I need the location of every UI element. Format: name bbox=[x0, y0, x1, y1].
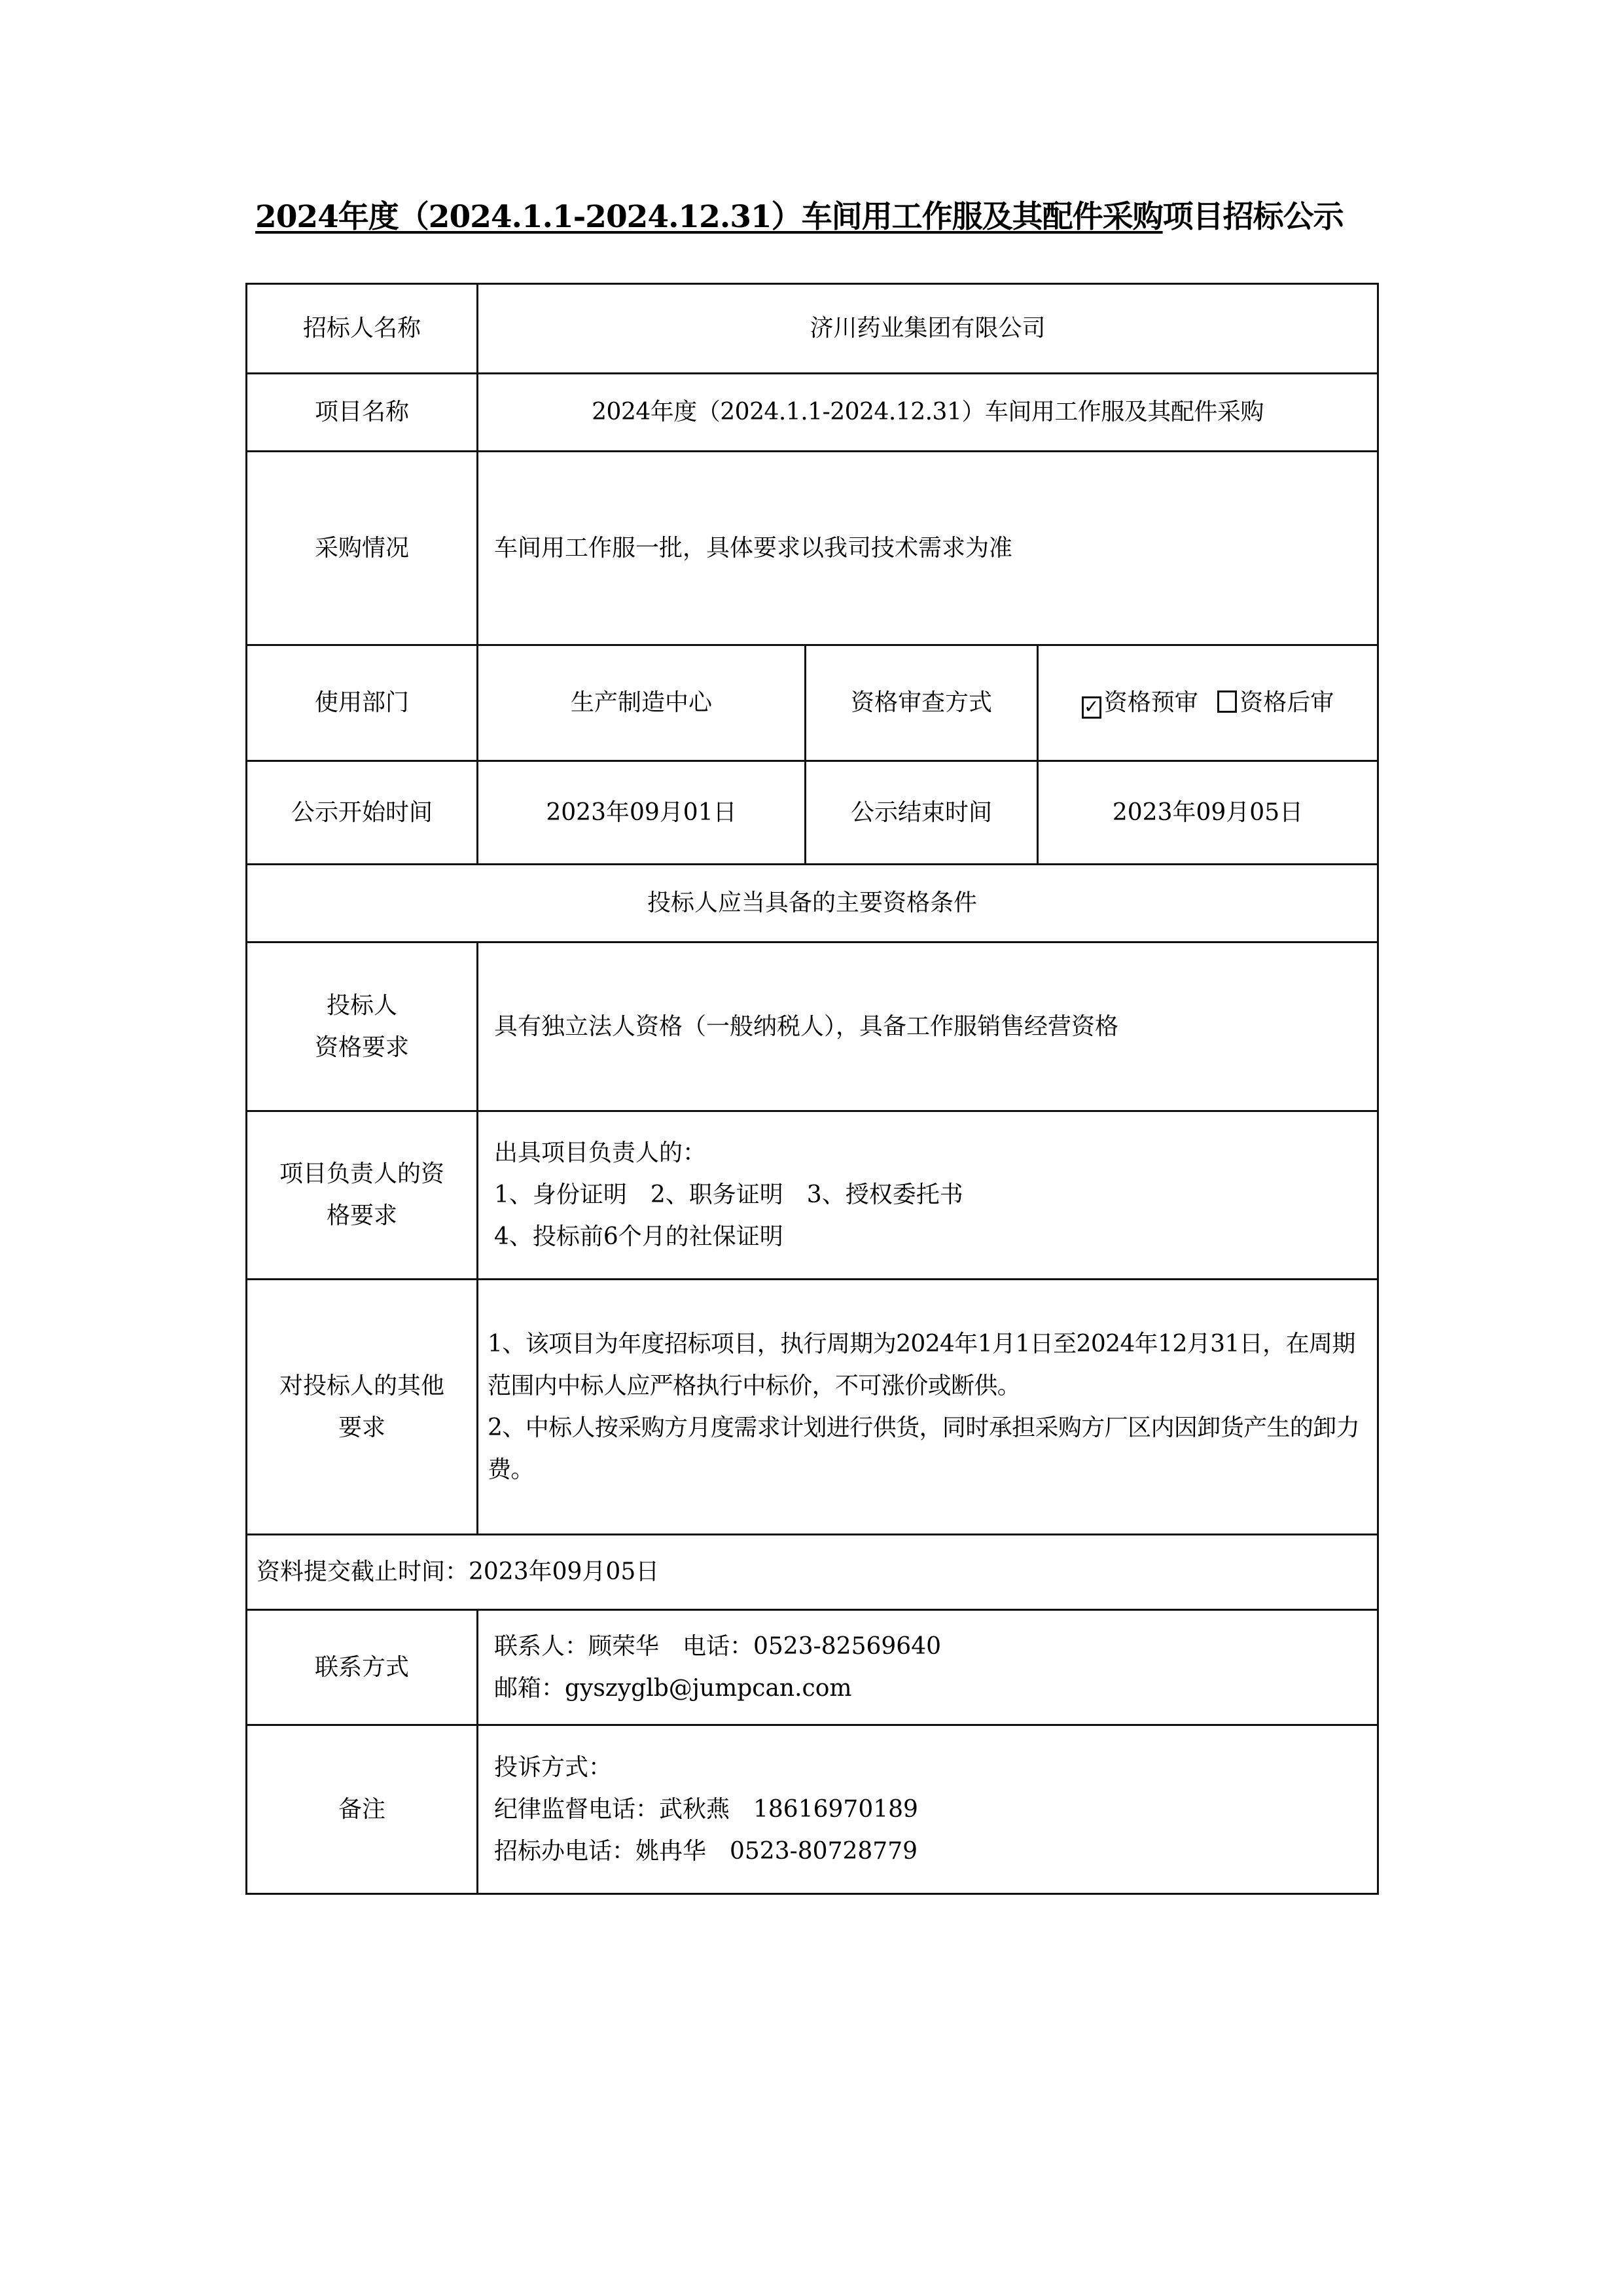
row-tenderer-name: 招标人名称 济川药业集团有限公司 bbox=[247, 284, 1378, 374]
row-procurement: 采购情况 车间用工作服一批，具体要求以我司技术需求为准 bbox=[247, 452, 1378, 645]
label-line: 格要求 bbox=[254, 1195, 470, 1237]
row-department: 使用部门 生产制造中心 资格审查方式 ✓资格预审 资格后审 bbox=[247, 645, 1378, 761]
discipline-phone: 纪律监督电话：武秋燕 18616970189 bbox=[494, 1789, 1361, 1831]
checkbox-unchecked-icon[interactable] bbox=[1217, 691, 1237, 713]
row-contact: 联系方式 联系人：顾荣华 电话：0523-82569640 邮箱：gyszygl… bbox=[247, 1610, 1378, 1725]
text-line: 4、投标前6个月的社保证明 bbox=[494, 1216, 1361, 1258]
label-line: 项目负责人的资 bbox=[254, 1153, 470, 1195]
row-section-header: 投标人应当具备的主要资格条件 bbox=[247, 865, 1378, 942]
contact-email[interactable]: 邮箱：gyszyglb@jumpcan.com bbox=[494, 1668, 1361, 1710]
row-notice-dates: 公示开始时间 2023年09月01日 公示结束时间 2023年09月05日 bbox=[247, 761, 1378, 865]
value-notice-end: 2023年09月05日 bbox=[1038, 761, 1378, 865]
option-postqualification[interactable]: 资格后审 bbox=[1217, 689, 1334, 716]
value-manager-qualification: 出具项目负责人的： 1、身份证明 2、职务证明 3、授权委托书 4、投标前6个月… bbox=[478, 1111, 1378, 1280]
value-department: 生产制造中心 bbox=[478, 645, 806, 761]
tender-notice-table: 招标人名称 济川药业集团有限公司 项目名称 2024年度（2024.1.1-20… bbox=[245, 283, 1379, 1895]
text-line: 出具项目负责人的： bbox=[494, 1132, 1361, 1174]
option-prequalification[interactable]: ✓资格预审 bbox=[1082, 689, 1205, 716]
label-line: 对投标人的其他 bbox=[254, 1365, 470, 1407]
contact-person-phone: 联系人：顾荣华 电话：0523-82569640 bbox=[494, 1626, 1361, 1668]
label-remarks: 备注 bbox=[247, 1725, 478, 1894]
value-other-requirements: 1、该项目为年度招标项目，执行周期为2024年1月1日至2024年12月31日，… bbox=[478, 1280, 1378, 1535]
option-prequalification-label: 资格预审 bbox=[1104, 689, 1198, 716]
label-review-method: 资格审查方式 bbox=[806, 645, 1038, 761]
label-contact: 联系方式 bbox=[247, 1610, 478, 1725]
value-tenderer-name: 济川药业集团有限公司 bbox=[478, 284, 1378, 374]
label-other-requirements: 对投标人的其他 要求 bbox=[247, 1280, 478, 1535]
row-other-requirements: 对投标人的其他 要求 1、该项目为年度招标项目，执行周期为2024年1月1日至2… bbox=[247, 1280, 1378, 1535]
submission-deadline: 资料提交截止时间：2023年09月05日 bbox=[247, 1535, 1378, 1610]
text-line: 1、身份证明 2、职务证明 3、授权委托书 bbox=[494, 1174, 1361, 1216]
label-tenderer-name: 招标人名称 bbox=[247, 284, 478, 374]
value-remarks: 投诉方式： 纪律监督电话：武秋燕 18616970189 招标办电话：姚冉华 0… bbox=[478, 1725, 1378, 1894]
section-header-qualifications: 投标人应当具备的主要资格条件 bbox=[247, 865, 1378, 942]
label-bidder-qualification: 投标人 资格要求 bbox=[247, 942, 478, 1111]
value-bidder-qualification: 具有独立法人资格（一般纳税人），具备工作服销售经营资格 bbox=[478, 942, 1378, 1111]
value-project-name: 2024年度（2024.1.1-2024.12.31）车间用工作服及其配件采购 bbox=[478, 374, 1378, 452]
document-title: 2024年度（2024.1.1-2024.12.31）车间用工作服及其配件采购项… bbox=[255, 196, 1381, 238]
label-manager-qualification: 项目负责人的资 格要求 bbox=[247, 1111, 478, 1280]
text-line: 投诉方式： bbox=[494, 1747, 1361, 1789]
row-deadline: 资料提交截止时间：2023年09月05日 bbox=[247, 1535, 1378, 1610]
checkbox-checked-icon[interactable]: ✓ bbox=[1082, 696, 1101, 719]
title-rest: 项目招标公示 bbox=[1163, 199, 1344, 235]
label-project-name: 项目名称 bbox=[247, 374, 478, 452]
row-remarks: 备注 投诉方式： 纪律监督电话：武秋燕 18616970189 招标办电话：姚冉… bbox=[247, 1725, 1378, 1894]
label-notice-end: 公示结束时间 bbox=[806, 761, 1038, 865]
tender-office-phone: 招标办电话：姚冉华 0523-80728779 bbox=[494, 1831, 1361, 1873]
paragraph: 2、中标人按采购方月度需求计划进行供货，同时承担采购方厂区内因卸货产生的卸力费。 bbox=[488, 1407, 1368, 1491]
label-procurement: 采购情况 bbox=[247, 452, 478, 645]
option-postqualification-label: 资格后审 bbox=[1240, 689, 1334, 716]
label-line: 投标人 bbox=[254, 985, 470, 1027]
row-manager-qualification: 项目负责人的资 格要求 出具项目负责人的： 1、身份证明 2、职务证明 3、授权… bbox=[247, 1111, 1378, 1280]
label-department: 使用部门 bbox=[247, 645, 478, 761]
label-line: 资格要求 bbox=[254, 1027, 470, 1069]
row-bidder-qualification: 投标人 资格要求 具有独立法人资格（一般纳税人），具备工作服销售经营资格 bbox=[247, 942, 1378, 1111]
value-notice-start: 2023年09月01日 bbox=[478, 761, 806, 865]
label-line: 要求 bbox=[254, 1407, 470, 1449]
label-notice-start: 公示开始时间 bbox=[247, 761, 478, 865]
value-contact: 联系人：顾荣华 电话：0523-82569640 邮箱：gyszyglb@jum… bbox=[478, 1610, 1378, 1725]
row-project-name: 项目名称 2024年度（2024.1.1-2024.12.31）车间用工作服及其… bbox=[247, 374, 1378, 452]
paragraph: 1、该项目为年度招标项目，执行周期为2024年1月1日至2024年12月31日，… bbox=[488, 1323, 1368, 1407]
title-underlined-part: 2024年度（2024.1.1-2024.12.31）车间用工作服及其配件采购 bbox=[255, 199, 1163, 235]
value-procurement: 车间用工作服一批，具体要求以我司技术需求为准 bbox=[478, 452, 1378, 645]
review-method-options: ✓资格预审 资格后审 bbox=[1038, 645, 1378, 761]
